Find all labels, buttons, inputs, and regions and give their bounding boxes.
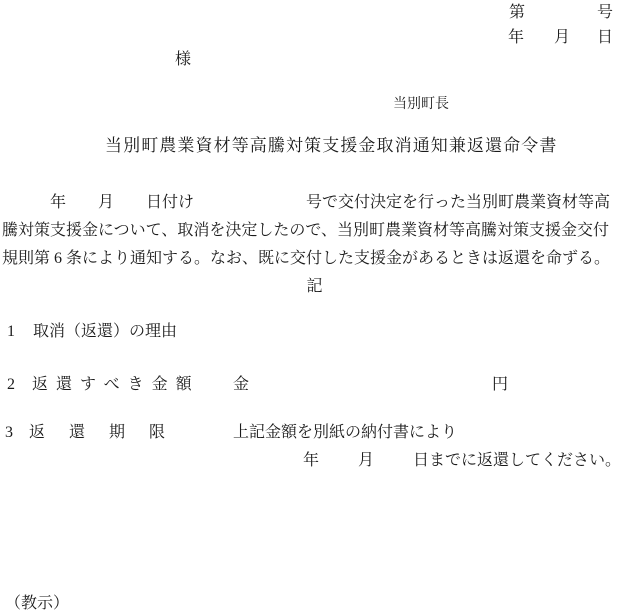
document-page: 第 号 年 月 日 様 当別町長 当別町農業資材等高騰対策支援金取消通知兼返還命…	[0, 0, 629, 616]
item2-amount-suffix: 円	[492, 376, 508, 394]
footer-note: （教示）	[5, 595, 69, 613]
doc-date-line: 年 月 日	[0, 29, 629, 51]
sender-name: 当別町長	[393, 97, 449, 113]
item1-label: 取消（返還）の理由	[33, 323, 177, 341]
item3-deadline-year: 年	[303, 452, 319, 470]
item3-deadline-rest: 日までに返還してください。	[413, 452, 621, 470]
item3-row: 3 返還期限 上記金額を別紙の納付書により	[0, 424, 629, 446]
body-paragraph-line3: 規則第 6 条により通知する。なお、既に交付した支援金があるときは返還を命ずる。	[2, 250, 610, 268]
item3-number: 3	[5, 424, 13, 442]
item3-line1: 上記金額を別紙の納付書により	[233, 424, 457, 442]
doc-number-prefix: 第	[509, 4, 525, 22]
item1-row: 1 取消（返還）の理由	[0, 323, 629, 345]
body-paragraph-line2: 騰対策支援金について、取消を決定したので、当別町農業資材等高騰対策支援金交付	[2, 222, 609, 240]
item3-deadline-month: 月	[358, 452, 374, 470]
item3-row-line2: 年 月 日までに返還してください。	[0, 452, 629, 474]
document-title: 当別町農業資材等高騰対策支援金取消通知兼返還命令書	[105, 136, 558, 156]
item2-row: 2 返還すべき金額 金 円	[0, 376, 629, 398]
ki-separator: 記	[0, 278, 629, 296]
item3-label: 返還期限	[29, 424, 189, 442]
item2-number: 2	[7, 376, 15, 394]
addressee-suffix: 様	[175, 51, 191, 69]
body-paragraph-line1: 年 月 日付け 号で交付決定を行った当別町農業資材等高	[2, 194, 610, 212]
item2-amount-prefix: 金	[233, 376, 249, 394]
item2-label: 返還すべき金額	[32, 376, 200, 394]
item1-number: 1	[7, 323, 15, 341]
doc-number-suffix: 号	[597, 4, 613, 22]
date-day-label: 日	[597, 29, 613, 47]
doc-number-line: 第 号	[0, 4, 629, 26]
date-year-label: 年	[508, 29, 524, 47]
date-month-label: 月	[554, 29, 570, 47]
